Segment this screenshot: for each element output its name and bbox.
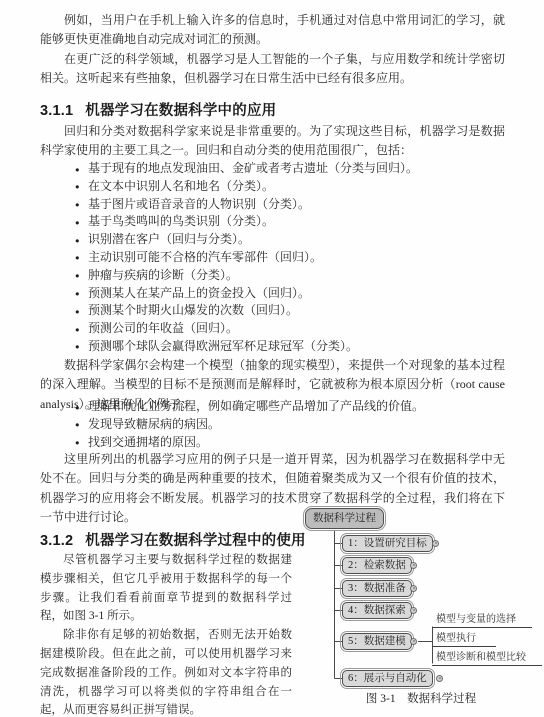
list-item: 在文本中识别人名和地名（分类）。 bbox=[75, 178, 505, 196]
section-number: 3.1.2 bbox=[40, 533, 73, 549]
paragraph: 尽管机器学习主要与数据科学过程的数据建模步骤相关，但它几乎被用于数据科学的每一个… bbox=[40, 551, 292, 626]
list-item: 基于图片或语音录音的人物识别（分类）。 bbox=[75, 196, 505, 214]
figure-substep-label: 模型与变量的选择 bbox=[432, 614, 532, 628]
node-collapse-icon bbox=[410, 607, 417, 614]
list-item: 肿瘤与疾病的诊断（分类）。 bbox=[75, 267, 505, 285]
examples-list-block: 理解和优化业务流程，例如确定哪些产品增加了产品线的价值。 发现导致糖尿病的病因。… bbox=[40, 398, 505, 451]
examples-list: 理解和优化业务流程，例如确定哪些产品增加了产品线的价值。 发现导致糖尿病的病因。… bbox=[40, 398, 505, 451]
node-collapse-icon bbox=[410, 562, 417, 569]
list-item: 预测公司的年收益（回归）。 bbox=[75, 320, 505, 338]
list-item: 理解和优化业务流程，例如确定哪些产品增加了产品线的价值。 bbox=[75, 398, 505, 416]
applications-list-block: 基于现有的地点发现油田、金矿或者考古遗址（分类与回归）。 在文本中识别人名和地名… bbox=[40, 160, 505, 356]
section-heading-3-1-2: 3.1.2机器学习在数据科学过程中的使用 bbox=[40, 529, 306, 550]
figure-3-1-data-science-process: 数据科学过程 1：设置研究目标 2：检索数据 3：数据准备 4：数据探索 5：数… bbox=[298, 502, 544, 717]
figure-root-node: 数据科学过程 bbox=[305, 508, 384, 529]
figure-step-node-2: 2：检索数据 bbox=[342, 557, 412, 574]
section-number: 3.1.1 bbox=[40, 103, 73, 119]
list-item: 基于鸟类鸣叫的鸟类识别（分类）。 bbox=[75, 213, 505, 231]
node-collapse-icon bbox=[432, 540, 439, 547]
figure-substep-label: 模型诊断和模型比较 bbox=[432, 652, 542, 666]
applications-list: 基于现有的地点发现油田、金矿或者考古遗址（分类与回归）。 在文本中识别人名和地名… bbox=[40, 160, 505, 356]
document-page: 例如，当用户在手机上输入许多的信息时，手机通过对信息中常用词汇的学习，就能够更快… bbox=[0, 0, 544, 717]
node-collapse-icon bbox=[410, 638, 417, 645]
figure-step-node-6: 6：展示与自动化 bbox=[342, 670, 433, 687]
figure-step-node-4: 4：数据探索 bbox=[342, 602, 412, 619]
list-item: 预测哪个球队会赢得欧洲冠军杯足球冠军（分类）。 bbox=[75, 338, 505, 356]
list-item: 发现导致糖尿病的病因。 bbox=[75, 416, 505, 434]
list-item: 预测某个时期火山爆发的次数（回归）。 bbox=[75, 302, 505, 320]
paragraph: 例如，当用户在手机上输入许多的信息时，手机通过对信息中常用词汇的学习，就能够更快… bbox=[40, 11, 505, 50]
list-item: 识别潜在客户（回归与分类）。 bbox=[75, 231, 505, 249]
node-collapse-icon bbox=[410, 585, 417, 592]
node-collapse-icon bbox=[436, 675, 443, 682]
section-title: 机器学习在数据科学过程中的使用 bbox=[85, 533, 306, 549]
figure-step-node-1: 1：设置研究目标 bbox=[342, 535, 433, 552]
section-heading-3-1-1: 3.1.1机器学习在数据科学中的应用 bbox=[40, 99, 276, 120]
intro-paragraphs: 例如，当用户在手机上输入许多的信息时，手机通过对信息中常用词汇的学习，就能够更快… bbox=[40, 11, 505, 88]
list-item: 找到交通拥堵的原因。 bbox=[75, 434, 505, 452]
list-item: 主动识别可能不合格的汽车零部件（回归）。 bbox=[75, 249, 505, 267]
section-title: 机器学习在数据科学中的应用 bbox=[85, 103, 276, 119]
paragraph: 在更广泛的科学领域，机器学习是人工智能的一个子集，与应用数学和统计学密切相关。这… bbox=[40, 50, 505, 89]
list-item: 基于现有的地点发现油田、金矿或者考古遗址（分类与回归）。 bbox=[75, 160, 505, 178]
figure-caption: 图 3-1 数据科学过程 bbox=[298, 690, 544, 706]
figure-step-node-5: 5：数据建模 bbox=[342, 633, 412, 650]
paragraph: 回归和分类对数据科学家来说是非常重要的。为了实现这些目标，机器学习是数据科学家使… bbox=[40, 122, 505, 161]
left-text-column: 尽管机器学习主要与数据科学过程的数据建模步骤相关，但它几乎被用于数据科学的每一个… bbox=[40, 551, 292, 717]
lead-paragraph-block: 回归和分类对数据科学家来说是非常重要的。为了实现这些目标，机器学习是数据科学家使… bbox=[40, 122, 505, 161]
figure-substep-label: 模型执行 bbox=[432, 633, 496, 647]
paragraph: 除非你有足够的初始数据，否则无法开始数据建模阶段。但在此之前，可以使用机器学习来… bbox=[40, 626, 292, 717]
list-item: 预测某人在某产品上的资金投入（回归）。 bbox=[75, 285, 505, 303]
figure-step-node-3: 3：数据准备 bbox=[342, 580, 412, 597]
